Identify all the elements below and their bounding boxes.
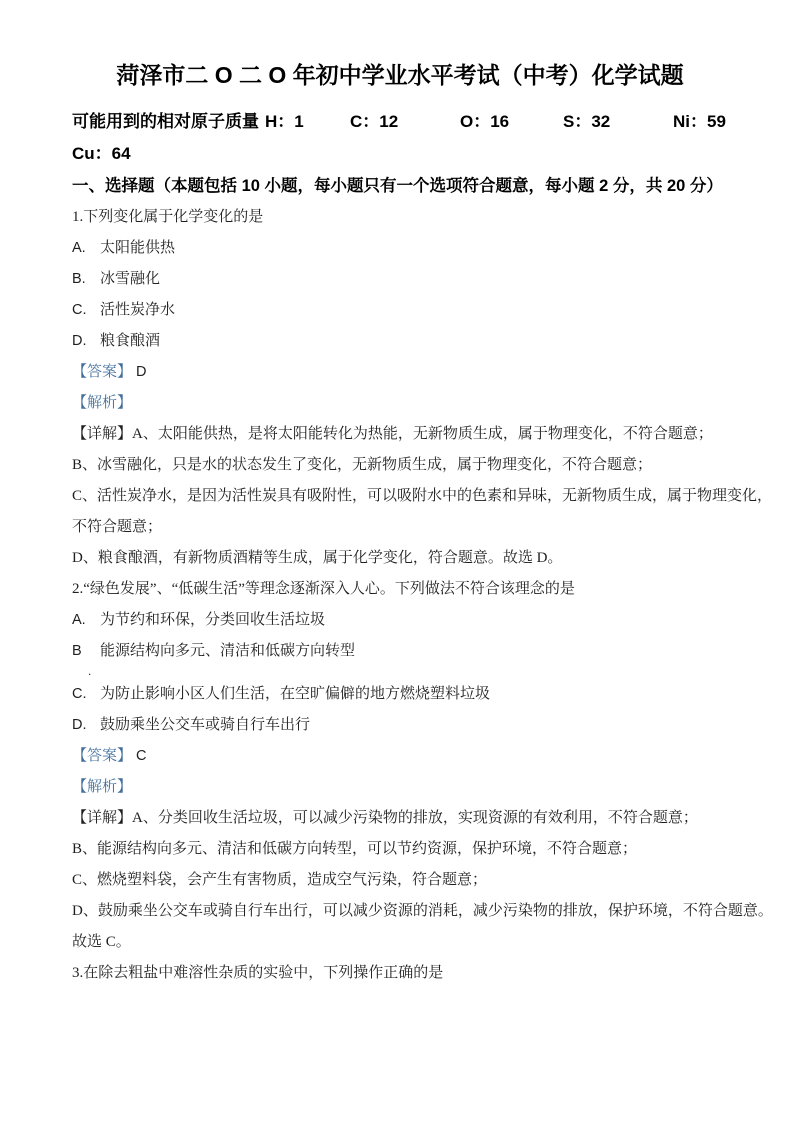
question-3-stem: 3.在除去粗盐中难溶性杂质的实验中，下列操作正确的是 <box>72 958 728 989</box>
document-content: 菏泽市二 O 二 O 年初中学业水平考试（中考）化学试题 可能用到的相对原子质量… <box>72 0 728 989</box>
option-label: B <box>72 636 100 667</box>
question-2-option-a: A.为节约和环保，分类回收生活垃圾 <box>72 605 728 636</box>
analysis-label: 【解析】 <box>72 395 132 411</box>
page-title: 菏泽市二 O 二 O 年初中学业水平考试（中考）化学试题 <box>72 56 728 94</box>
analysis-label: 【解析】 <box>72 779 132 795</box>
option-label: B. <box>72 264 100 295</box>
option-text: 粮食酿酒 <box>100 333 160 349</box>
option-text: 冰雪融化 <box>100 271 160 287</box>
option-text: 活性炭净水 <box>100 302 175 318</box>
atomic-mass-item-s: S：32 <box>563 106 610 138</box>
question-1-option-b: B.冰雪融化 <box>72 264 728 295</box>
atomic-mass-item-c: C：12 <box>350 106 398 138</box>
atomic-mass-line: 可能用到的相对原子质量 H：1 C：12 O：16 S：32 Ni：59 <box>72 106 728 138</box>
option-label: C. <box>72 295 100 326</box>
question-2-answer-row: 【答案】C <box>72 741 728 772</box>
question-1-option-c: C.活性炭净水 <box>72 295 728 326</box>
option-text: 能源结构向多元、清洁和低碳方向转型 <box>100 643 355 659</box>
question-1-detail-line: 【详解】A、太阳能供热，是将太阳能转化为热能，无新物质生成，属于物理变化，不符合… <box>72 419 728 450</box>
exam-document-page: 菏泽市二 O 二 O 年初中学业水平考试（中考）化学试题 可能用到的相对原子质量… <box>0 0 793 1122</box>
option-text: 为防止影响小区人们生活，在空旷偏僻的地方燃烧塑料垃圾 <box>100 686 490 702</box>
question-1-option-a: A.太阳能供热 <box>72 233 728 264</box>
question-1-option-d: D.粮食酿酒 <box>72 326 728 357</box>
atomic-mass-item-h: H：1 <box>265 106 304 138</box>
stray-period: . <box>72 667 728 679</box>
atomic-mass-item-ni: Ni：59 <box>673 106 726 138</box>
option-text: 为节约和环保，分类回收生活垃圾 <box>100 612 325 628</box>
question-2-option-b: B能源结构向多元、清洁和低碳方向转型 <box>72 636 728 667</box>
question-2-detail-line: 【详解】A、分类回收生活垃圾，可以减少污染物的排放，实现资源的有效利用，不符合题… <box>72 803 728 834</box>
question-2-detail-line: D、鼓励乘坐公交车或骑自行车出行，可以减少资源的消耗，减少污染物的排放，保护环境… <box>72 896 728 927</box>
option-label: C. <box>72 679 100 710</box>
question-1-detail-line: 不符合题意； <box>72 512 728 543</box>
question-2-stem: 2.“绿色发展”、“低碳生活”等理念逐渐深入人心。下列做法不符合该理念的是 <box>72 574 728 605</box>
atomic-mass-item-o: O：16 <box>460 106 509 138</box>
answer-value: D <box>136 364 146 380</box>
option-text: 鼓励乘坐公交车或骑自行车出行 <box>100 717 310 733</box>
option-label: D. <box>72 710 100 741</box>
question-2-option-d: D.鼓励乘坐公交车或骑自行车出行 <box>72 710 728 741</box>
option-text: 太阳能供热 <box>100 240 175 256</box>
answer-label: 【答案】 <box>72 748 132 764</box>
question-2-analysis-row: 【解析】 <box>72 772 728 803</box>
question-1-analysis-row: 【解析】 <box>72 388 728 419</box>
atomic-mass-label: 可能用到的相对原子质量 <box>72 112 259 131</box>
option-label: A. <box>72 233 100 264</box>
question-1-detail-line: D、粮食酿酒，有新物质酒精等生成，属于化学变化，符合题意。故选 D。 <box>72 543 728 574</box>
question-1-detail-line: B、冰雪融化，只是水的状态发生了变化，无新物质生成，属于物理变化，不符合题意； <box>72 450 728 481</box>
option-label: A. <box>72 605 100 636</box>
question-1-detail-line: C、活性炭净水，是因为活性炭具有吸附性，可以吸附水中的色素和异味，无新物质生成，… <box>72 481 728 512</box>
question-1-stem: 1.下列变化属于化学变化的是 <box>72 202 728 233</box>
question-2-detail-line: C、燃烧塑料袋，会产生有害物质，造成空气污染，符合题意； <box>72 865 728 896</box>
answer-value: C <box>136 748 146 764</box>
atomic-mass-item-cu: Cu：64 <box>72 138 728 170</box>
question-1-answer-row: 【答案】D <box>72 357 728 388</box>
answer-label: 【答案】 <box>72 364 132 380</box>
section-heading: 一、选择题（本题包括 10 小题，每小题只有一个选项符合题意，每小题 2 分，共… <box>72 170 728 202</box>
question-2-detail-line: 故选 C。 <box>72 927 728 958</box>
question-2-detail-line: B、能源结构向多元、清洁和低碳方向转型，可以节约资源，保护环境，不符合题意； <box>72 834 728 865</box>
question-2-option-c: C.为防止影响小区人们生活，在空旷偏僻的地方燃烧塑料垃圾 <box>72 679 728 710</box>
option-label: D. <box>72 326 100 357</box>
